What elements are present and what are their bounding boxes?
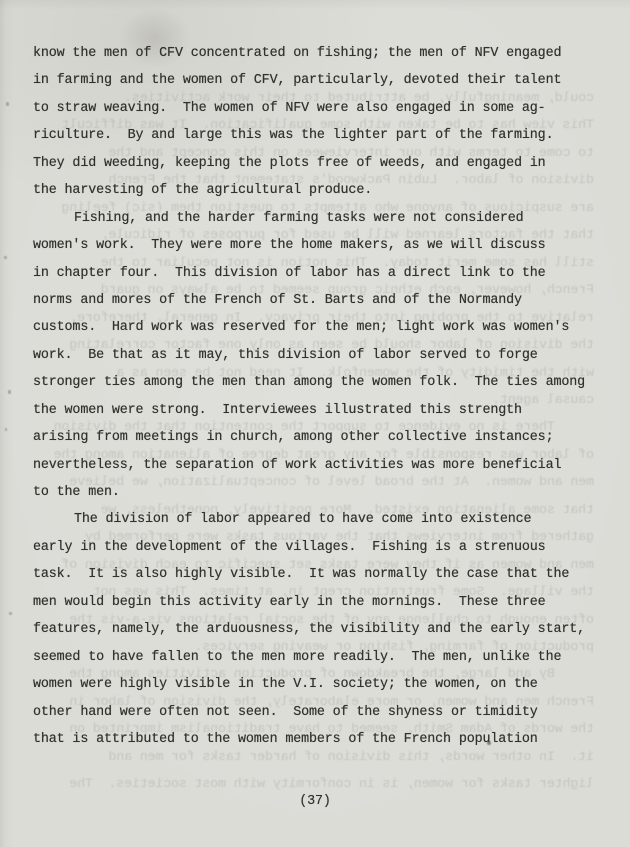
text-line: Fishing, and the harder farming tasks we…: [33, 205, 615, 232]
paper-speck: [9, 612, 12, 615]
text-line: The division of labor appeared to have c…: [33, 506, 615, 533]
text-line: stronger ties among the men than among t…: [33, 369, 615, 396]
text-line: in farming and the women of CFV, particu…: [33, 67, 615, 94]
text-line: women were highly visible in the V.I. so…: [33, 671, 615, 698]
text-line: other hand were often not seen. Some of …: [33, 699, 615, 726]
text-line: men would begin this activity early in t…: [33, 589, 615, 616]
text-line: arising from meetings in church, among o…: [33, 424, 615, 451]
text-line: riculture. By and large this was the lig…: [33, 122, 615, 149]
text-line: the women were strong. Interviewees illu…: [33, 397, 615, 424]
text-line: They did weeding, keeping the plots free…: [33, 150, 615, 177]
bleedthrough-text: lighter tasks for women, is in conformit…: [20, 776, 594, 791]
text-line: work. Be that as it may, this division o…: [33, 342, 615, 369]
paper-speck: [5, 428, 7, 431]
text-line: nevertheless, the separation of work act…: [33, 452, 615, 479]
paper-speck: [6, 102, 9, 106]
text-line: task. It is also highly visible. It was …: [33, 561, 615, 588]
text-line: the harvesting of the agricultural produ…: [33, 177, 615, 204]
text-line: that is attributed to the women members …: [33, 726, 615, 753]
text-line: seemed to have fallen to the men more re…: [33, 644, 615, 671]
scanned-page: could, meaningfully, be attributed to th…: [0, 0, 630, 847]
text-line: to straw weaving. The women of NFV were …: [33, 95, 615, 122]
page-number: (37): [0, 792, 630, 812]
paper-speck: [8, 390, 11, 394]
text-line: features, namely, the arduousness, the v…: [33, 616, 615, 643]
text-line: early in the development of the villages…: [33, 534, 615, 561]
text-line: in chapter four. This division of labor …: [33, 260, 615, 287]
document-body: know the men of CFV concentrated on fish…: [33, 40, 615, 753]
text-line: norms and mores of the French of St. Bar…: [33, 287, 615, 314]
paragraph: Fishing, and the harder farming tasks we…: [33, 205, 615, 507]
paper-speck: [4, 256, 7, 259]
paragraph: know the men of CFV concentrated on fish…: [33, 40, 615, 205]
text-line: women's work. They were more the home ma…: [33, 232, 615, 259]
text-line: to the men.: [33, 479, 615, 506]
text-line: know the men of CFV concentrated on fish…: [33, 40, 615, 67]
paragraph: The division of labor appeared to have c…: [33, 506, 615, 753]
text-line: customs. Hard work was reserved for the …: [33, 314, 615, 341]
